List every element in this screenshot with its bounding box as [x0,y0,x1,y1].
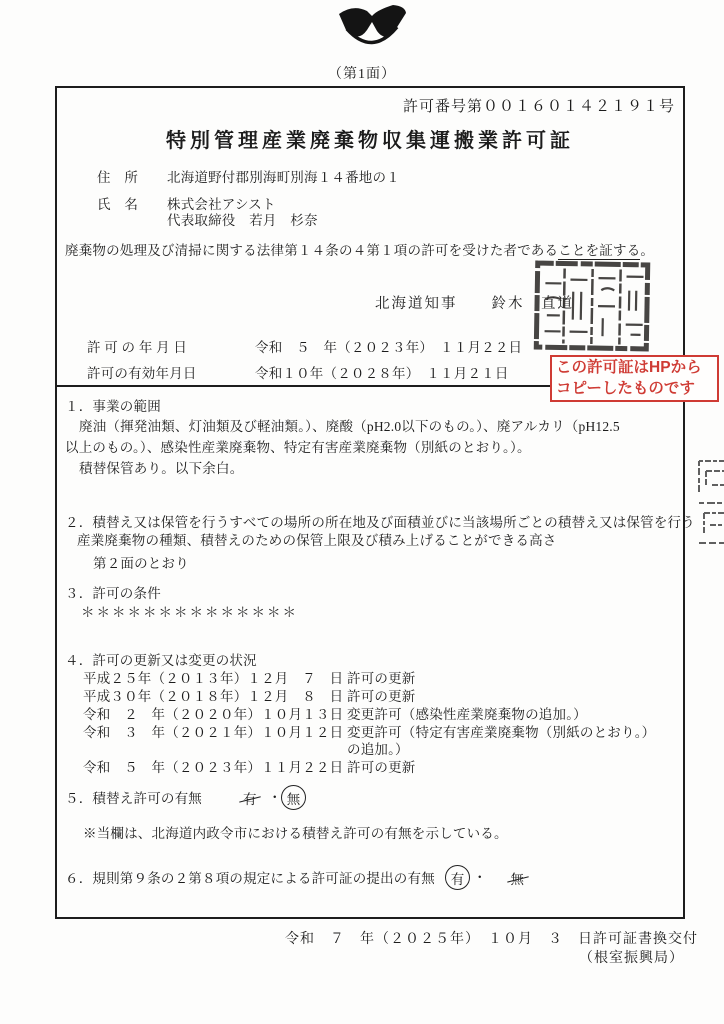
copy-notice-hp: HP [649,359,671,376]
governor-seal-icon [532,259,652,354]
issuing-office: （根室振興局） [579,947,684,967]
name-label: 氏 名 [97,196,138,213]
representative-name: 代表取締役 若月 杉奈 [167,212,318,229]
copy-notice-line2: コピーしたものです [556,380,695,397]
statement-underlined: ことを証する [558,243,640,260]
section3-heading: ３．許可の条件 [65,585,161,602]
history-row-date: 令和 ５ 年（２０２３年）１１月２２日 [83,759,343,776]
section2-line3: 第２面のとおり [93,555,189,572]
history-row-date: 平成３０年（２０１８年）１２月 ８ 日 [83,688,343,705]
section5-option-separator: ・ [268,789,282,806]
section3-conditions: ＊＊＊＊＊＊＊＊＊＊＊＊＊＊ [81,604,298,621]
edge-stamp-fragment [696,455,724,550]
permit-number: 許可番号第００１６０１４２１９１号 [403,99,675,116]
history-row-desc: 変更許可（特定有害産業廃棄物（別紙のとおり。） [347,724,655,741]
certification-statement: 廃棄物の処理及び清掃に関する法律第１４条の４第１項の許可を受けた者であることを証… [65,242,654,259]
edge-stamp-icon [696,455,724,550]
permit-document-frame: 許可番号第００１６０１４２１９１号 特別管理産業廃棄物収集運搬業許可証 住 所 … [55,86,685,919]
section1-line2: 以上のもの。）、感染性産業廃棄物、特定有害産業廃棄物（別紙のとおり。）。 [65,439,531,456]
section5-option-ari: 有 [241,788,259,808]
section5-note: ※当欄は、北海道内政令市における積替え許可の有無を示している。 [83,825,508,842]
copy-notice-line1-suffix: から [671,359,702,376]
section1-heading: １．事業の範囲 [65,398,161,415]
section1-line1: 廃油（揮発油類、灯油類及び軽油類。）、廃酸（pH2.0以下のもの。）、廃アルカリ… [79,418,620,435]
section5-heading: ５．積替え許可の有無 [65,790,202,807]
section4-heading: ４．許可の更新又は変更の状況 [65,652,257,669]
valid-date-label: 許可の有効年月日 [87,365,197,382]
history-row-date: 令和 ２ 年（２０２０年）１０月１３日 [83,706,343,723]
history-row-desc: 許可の更新 [347,688,416,705]
history-row-desc: 許可の更新 [347,759,416,776]
section2-heading: ２．積替え又は保管を行うすべての場所の所在地及び面積並びに当該場所ごとの積替え又… [65,514,695,531]
history-row-date: 令和 ３ 年（２０２１年）１０月１２日 [83,724,343,741]
statement-period: 。 [640,243,654,258]
copy-notice-box: この許可証はHPから コピーしたものです [550,355,719,402]
binder-clip-mark [333,3,411,51]
address-label: 住 所 [97,169,138,186]
section6-heading: ６．規則第９条の２第８項の規定による許可証の提出の有無 [65,870,435,887]
permit-date-value: 令和 ５ 年（２０２３年） １１月２２日 [255,339,522,356]
section6-option-ari: 有 [445,865,470,890]
governor-title: 北海道知事 [375,296,458,312]
history-row-date: 平成２５年（２０１３年）１２月 ７ 日 [83,670,343,687]
address-value: 北海道野付郡別海町別海１４番地の１ [167,169,400,186]
section6-option-nashi: 無 [509,868,527,888]
history-row-desc-continued: の追加。） [347,741,409,758]
history-row-desc: 変更許可（感染性産業廃棄物の追加。） [347,706,587,723]
permit-date-label: 許 可 の 年 月 日 [87,339,187,356]
copy-notice-line1-prefix: この許可証は [556,359,649,376]
company-name: 株式会社アシスト [167,196,276,213]
section5-option-nashi: 無 [281,785,306,810]
document-title: 特別管理産業廃棄物収集運搬業許可証 [57,124,683,153]
valid-date-value: 令和１０年（２０２８年） １１月２１日 [255,365,509,382]
section2-line2: 産業廃棄物の種類、積替えのための保管上限及び積み上げることができる高さ [77,532,557,549]
section6-option-separator: ・ [473,869,487,886]
sheet-label: （第1面） [0,66,724,83]
history-row-desc: 許可の更新 [347,670,416,687]
section1-line3: 積替保管あり。以下余白。 [79,460,243,477]
reissue-date-line: 令和 ７ 年（２０２５年） １０月 ３ 日許可証書換交付 [285,928,698,948]
statement-prefix: 廃棄物の処理及び清掃に関する法律第１４条の４第１項の許可を受けた者である [65,243,558,258]
binder-clip-icon [333,3,411,51]
governor-seal-stamp [533,260,651,353]
